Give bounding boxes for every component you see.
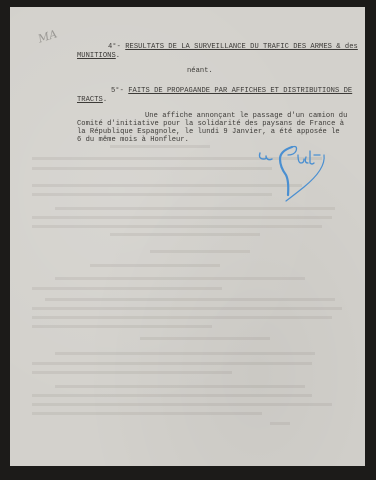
- section5-heading: 5°- FAITS DE PROPAGANDE PAR AFFICHES ET …: [111, 87, 352, 95]
- section4-body: néant.: [187, 67, 213, 75]
- section5-body-line: Comité d'initiative pour la solidarité d…: [77, 120, 344, 128]
- section5-title-line1: FAITS DE PROPAGANDE PAR AFFICHES ET DIST…: [128, 87, 352, 95]
- section4-title-line1: RESULTATS DE LA SURVEILLANCE DU TRAFIC D…: [125, 43, 358, 51]
- section4-title-line2: MUNITIONS: [77, 52, 116, 60]
- section4-number: 4°-: [108, 43, 121, 51]
- signature-icon: [254, 141, 334, 205]
- section5-body-line: 6 du même mois à Honfleur.: [77, 136, 189, 144]
- section5-heading-cont: TRACTS.: [77, 96, 107, 104]
- document-page: MA 4°- RESULTATS DE LA SURVEILLANCE DU T…: [10, 7, 365, 466]
- section4-heading-cont: MUNITIONS.: [77, 52, 120, 60]
- section5-title-line2: TRACTS: [77, 96, 103, 104]
- section5-body-line: Une affiche annonçant le passage d'un ca…: [145, 112, 347, 120]
- pencil-annotation: MA: [36, 27, 58, 45]
- section4-heading: 4°- RESULTATS DE LA SURVEILLANCE DU TRAF…: [108, 43, 358, 51]
- section5-body-line: la République Espagnole, le lundi 9 Janv…: [77, 128, 340, 136]
- section5-number: 5°-: [111, 87, 124, 95]
